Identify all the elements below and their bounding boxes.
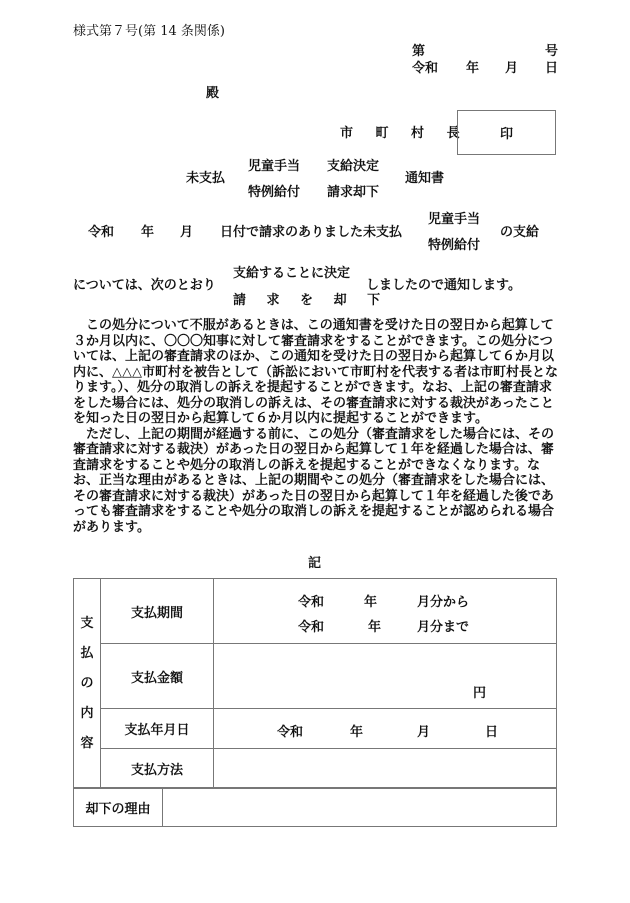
- row-method: 支払方法: [74, 749, 557, 789]
- date-day: 日: [545, 57, 558, 76]
- group-char: 容: [74, 729, 100, 759]
- reason-value[interactable]: [163, 788, 557, 827]
- intro-month: 月: [180, 221, 193, 240]
- intro2-text: については、次のとおり: [73, 274, 216, 293]
- rejection-reason-table: 却下の理由: [73, 787, 557, 827]
- pay-date-year: 年: [350, 721, 363, 740]
- title-prefix: 未支払: [186, 167, 225, 186]
- ki-heading: 記: [308, 552, 321, 571]
- row-period: 支 払 の 内 容 支払期間 令和 年 月分から 令和 年 月分まで: [74, 579, 557, 644]
- date-label: 支払年月日: [101, 709, 214, 749]
- group-char: 払: [74, 639, 100, 669]
- period-from-month: 月分から: [417, 591, 469, 610]
- addressee-suffix: 殿: [206, 82, 219, 101]
- intro-text: 日付で請求のありました未支払: [220, 221, 402, 240]
- appeal-notice: この処分について不服があるときは、この通知書を受けた日の翌日から起算して３か月以…: [73, 318, 563, 535]
- issuer: 市 町 村 長: [340, 122, 469, 141]
- intro-benefit-option-1: 児童手当: [428, 208, 480, 227]
- pay-date-era: 令和: [277, 721, 303, 740]
- title-decision-option-2: 請求却下: [327, 181, 379, 200]
- payment-detail-table: 支 払 の 内 容 支払期間 令和 年 月分から 令和 年 月分まで 支払金額 …: [73, 578, 557, 789]
- group-char: 内: [74, 699, 100, 729]
- title-benefit-option-1: 児童手当: [248, 155, 300, 174]
- period-to-month: 月分まで: [417, 616, 469, 635]
- date-month: 月: [505, 57, 518, 76]
- title-benefit-option-2: 特例給付: [248, 181, 300, 200]
- intro2-decision-option-2: 請 求 を 却 下: [233, 289, 388, 308]
- period-to-year: 年: [368, 616, 381, 635]
- seal-box: 印: [457, 110, 556, 155]
- amount-value[interactable]: 円: [214, 644, 557, 709]
- group-char: の: [74, 669, 100, 699]
- reason-label: 却下の理由: [74, 788, 163, 827]
- title-suffix: 通知書: [405, 167, 444, 186]
- row-reason: 却下の理由: [74, 788, 557, 827]
- amount-unit: 円: [473, 682, 486, 701]
- intro2-decision-option-1: 支給することに決定: [233, 262, 350, 281]
- payment-content-group-label: 支 払 の 内 容: [74, 579, 101, 789]
- date-value[interactable]: 令和 年 月 日: [214, 709, 557, 749]
- row-amount: 支払金額 円: [74, 644, 557, 709]
- intro2-suffix: しましたので通知します。: [366, 274, 521, 293]
- intro-era: 令和: [88, 221, 114, 240]
- amount-label: 支払金額: [101, 644, 214, 709]
- appeal-paragraph-2: ただし、上記の期間が経過する前に、この処分（審査請求をした場合には、その審査請求…: [73, 427, 563, 536]
- intro-year: 年: [141, 221, 154, 240]
- date-year: 年: [466, 57, 479, 76]
- date-era: 令和: [412, 57, 438, 76]
- appeal-paragraph-1: この処分について不服があるときは、この通知書を受けた日の翌日から起算して３か月以…: [73, 318, 563, 427]
- period-from-era: 令和: [298, 591, 324, 610]
- period-value[interactable]: 令和 年 月分から 令和 年 月分まで: [214, 579, 557, 644]
- row-date: 支払年月日 令和 年 月 日: [74, 709, 557, 749]
- seal-label: 印: [500, 123, 513, 142]
- method-label: 支払方法: [101, 749, 214, 789]
- form-number: 様式第７号(第 14 条関係): [73, 20, 225, 39]
- period-label: 支払期間: [101, 579, 214, 644]
- group-char: 支: [74, 609, 100, 639]
- title-decision-option-1: 支給決定: [327, 155, 379, 174]
- method-value[interactable]: [214, 749, 557, 789]
- intro-suffix: の支給: [500, 221, 539, 240]
- intro-benefit-option-2: 特例給付: [428, 234, 480, 253]
- period-from-year: 年: [364, 591, 377, 610]
- period-to-era: 令和: [298, 616, 324, 635]
- pay-date-month: 月: [417, 721, 430, 740]
- pay-date-day: 日: [485, 721, 498, 740]
